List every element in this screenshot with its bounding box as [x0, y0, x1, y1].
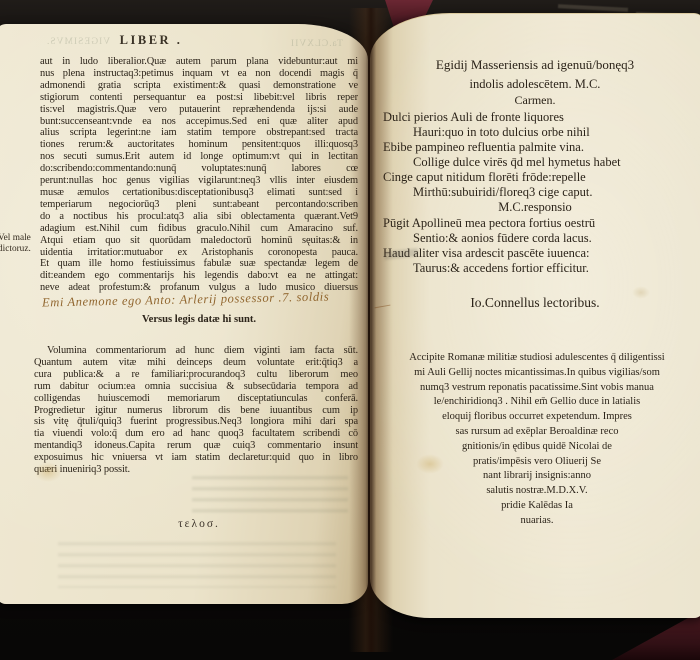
poem-line: Mirthū:subuiridi/floreq3 cige caput.: [383, 185, 695, 200]
title-line: indolis adolescētem. M.C.: [382, 76, 688, 93]
printed-line: mentandiq3 idoneus.Capita rerum quæ cuiq…: [34, 440, 358, 452]
printed-line: do a noctibus his procul:atq3 alia sibi …: [40, 211, 358, 223]
printed-line: sis vitę q̄tuli/quiq3 fuerint progressib…: [34, 416, 358, 428]
title-line: Egidij Masseriensis ad igenuū/bonęq3: [382, 54, 688, 76]
printed-line: stigiorum contenti persequantur ea post:…: [40, 92, 358, 104]
book-gutter-shadow: [349, 8, 393, 652]
show-through-text-block: [192, 476, 348, 514]
printed-line: do:scribendo:commentando:nunq̄ voluptate…: [40, 163, 358, 175]
poem-line: Cinge caput nitidum florēti frōde:repell…: [383, 170, 695, 185]
carmen-poem-part-b: Pūgit Apollineū mea pectora fortius oest…: [383, 216, 695, 276]
poem-line: Haud aliter visa ardescit pascēte iuuenc…: [383, 246, 695, 261]
printed-line: exposuimus hic vniuersa vt iam statim de…: [34, 452, 358, 464]
poem-line: Sentio:& aonios fūdere corda lacus.: [383, 231, 695, 246]
poem-line: Pūgit Apollineū mea pectora fortius oest…: [383, 216, 695, 231]
poem-line: Dulci pierios Auli de fronte liquores: [383, 110, 695, 125]
printed-line: bunt:succenseant:vnde ea nos accepimus.S…: [40, 116, 358, 128]
printed-line: colligendas huiuscemodi memoriarum disce…: [34, 393, 358, 405]
printed-line: quæri inueniriq3 possit.: [34, 464, 358, 476]
printed-line: Quantum autem vitæ mihi deinceps deum vo…: [34, 357, 358, 369]
show-through-text-block: [58, 542, 336, 588]
colophon-line: sas rursum ad exēplar Beroaldinæ reco: [381, 425, 693, 440]
book-photo: { "colors": { "background": "#0c0a09", "…: [0, 0, 700, 660]
cover-scuff-mark: [558, 4, 628, 12]
greek-telos-colophon: τελοσ.: [40, 518, 358, 530]
paragraph-one: aut in ludo liberalior.Quæ autem parum p…: [40, 56, 358, 294]
printed-line: perunt:nullas hoc genus vigilias vigilar…: [40, 175, 358, 187]
colophon-line: eloquij floribus occurret expetendum. Im…: [381, 410, 693, 425]
colophon-line: mi Auli Gellij noctes micantissimas.In q…: [381, 366, 693, 381]
printed-line: dit:eandem ego commentarijs his legendis…: [40, 270, 358, 282]
printed-line: adagium est.Nihil cum fidibus graculo.Ni…: [40, 223, 358, 235]
page-stain: [632, 286, 650, 299]
printed-line: Et quam ille homo festiuissimus fabulæ s…: [40, 258, 358, 270]
printed-line: cura publica:& a re familiari:procurando…: [34, 369, 358, 381]
colophon-line: le/enchiridionq3 . Nihil em̄ Gellio duce…: [381, 395, 693, 410]
printed-line: tiones rerum:& auctoritates hominum pens…: [40, 139, 358, 151]
printed-line: Volumina commentariorum ad hunc diem vig…: [34, 345, 358, 357]
colophon-line: nuarias.: [381, 514, 693, 529]
poem-line: Hauri:quo in toto dulcius orbe nihil: [383, 125, 695, 140]
show-through-folio-number: Ta.CLXVII: [290, 39, 343, 49]
printed-line: nos secuti sumus.Erit autem id longe opt…: [40, 151, 358, 163]
poem-line: Collige dulce virēs q̄d mel hymetus habe…: [383, 155, 695, 170]
printed-line: admonendi gratia scripta existiment:& qu…: [40, 80, 358, 92]
printer-colophon: Accipite Romanæ militiæ studiosi adulesc…: [381, 351, 693, 529]
colophon-line: gnitionis/in ędibus quidē Nicolai de: [381, 440, 693, 455]
printed-line: alius scripta legerint:ne iam statim tem…: [40, 127, 358, 139]
right-page: Egidij Masseriensis ad igenuū/bonęq3 ind…: [370, 13, 700, 618]
printed-line: rum dabitur ocium:ea omnia succisiua & s…: [34, 381, 358, 393]
colophon-line: numq3 vestrum reponatis pacatissime.Sint…: [381, 381, 693, 396]
printed-line: tis:vel magistris.Quæ vero putauerint re…: [40, 104, 358, 116]
left-page: VIGESIMVS. LIBER . Ta.CLXVII aut in ludo…: [0, 24, 368, 604]
colophon-line: Accipite Romanæ militiæ studiosi adulesc…: [381, 351, 693, 366]
carmen-poem-part-a: Dulci pierios Auli de fronte liquoresHau…: [383, 110, 695, 200]
printed-line: aut in ludo liberalior.Quæ autem parum p…: [40, 56, 358, 68]
printed-line: tia viuendi volo:q̄ dum ero ad hanc quoq…: [34, 428, 358, 440]
printed-line: musæ æmulos certationibus:disceptationib…: [40, 187, 358, 199]
paragraph-two: Volumina commentariorum ad hunc diem vig…: [34, 345, 358, 476]
printed-line: temperiarum negociorūq3 pleni sunt:abean…: [40, 199, 358, 211]
colophon-line: pridie Kalēdas Ia: [381, 499, 693, 514]
responsio-heading: M.C.responsio: [382, 200, 688, 215]
page-stain: [416, 454, 444, 474]
printed-line: uidentia irritatior:mutuabor ex Aristoph…: [40, 247, 358, 259]
title-line: Carmen.: [382, 93, 688, 108]
page-stain: [34, 462, 62, 482]
margin-note: Vel male dictoruz.: [0, 233, 40, 255]
poem-line: Ebibe pampineo refluentia palmite vina.: [383, 140, 695, 155]
colophon-line: salutis nostræ.M.D.X.V.: [381, 484, 693, 499]
printed-line: Atqui etiam quo sit quorūdam maledoctorū…: [40, 235, 358, 247]
verse-caption: Versus legis datæ hi sunt.: [40, 314, 358, 325]
printed-line: Progredietur igitur numerus librorum dis…: [34, 405, 358, 417]
poem-title-block: Egidij Masseriensis ad igenuū/bonęq3 ind…: [382, 54, 688, 108]
printed-line: nus plena instructaq3:petimus inquam vt …: [40, 68, 358, 80]
running-header-liber: LIBER .: [56, 33, 246, 48]
poem-line: Taurus:& accedens fortior efficitur.: [383, 261, 695, 276]
